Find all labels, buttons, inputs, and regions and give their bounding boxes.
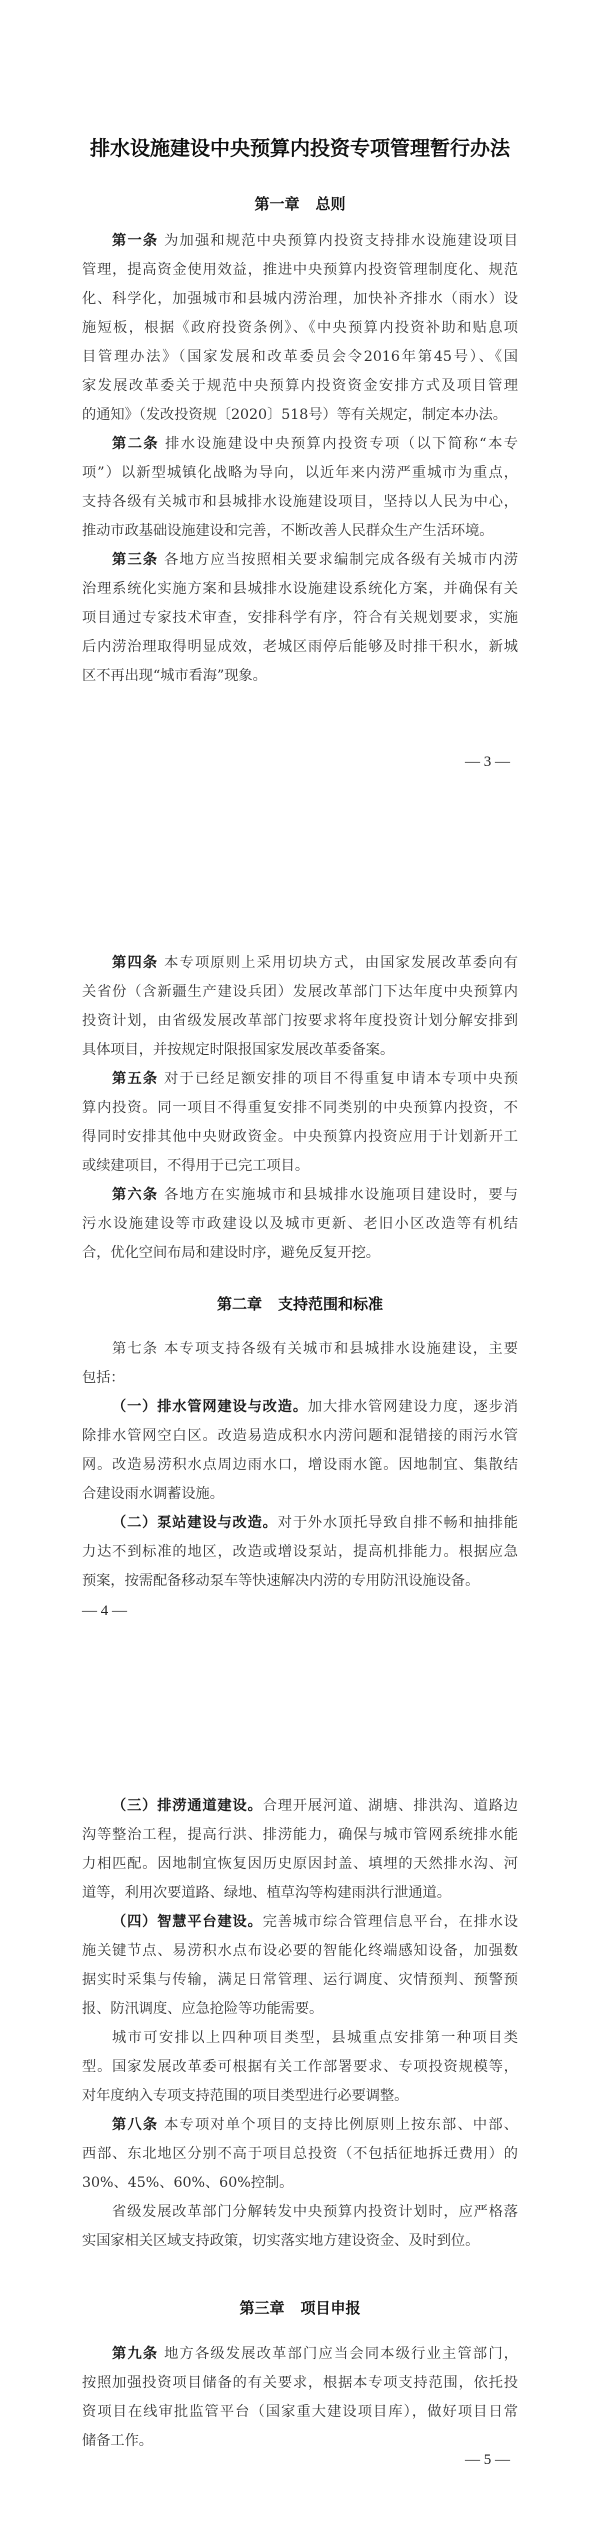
- article-7-line: 第七条 本专项支持各级有关城市和县城排水设施建设，主要: [112, 1338, 518, 1360]
- item-3-line: 力相匹配。因地制宜恢复因历史原因封盖、填埋的天然排水沟、河: [82, 1853, 518, 1875]
- article-3-line: 后内涝治理取得明显成效，老城区雨停后能够及时排干积水，新城: [82, 636, 518, 658]
- item-2-line: （二）泵站建设与改造。对于外水顶托导致自排不畅和抽排能: [112, 1512, 518, 1534]
- text: 各地方应当按照相关要求编制完成各级有关城市内涝: [164, 552, 518, 568]
- article-9-line: 储备工作。: [82, 2430, 518, 2452]
- article-1-line: 化、科学化，加强城市和县城内涝治理，加快补齐排水（雨水）设: [82, 288, 518, 310]
- paragraph-line: 实国家相关区域支持政策，切实落实地方建设资金、及时到位。: [82, 2230, 518, 2252]
- text: 对于已经足额安排的项目不得重复申请本专项中央预: [164, 1071, 518, 1087]
- page-number: — 4 —: [82, 1603, 127, 1620]
- article-3-line: 第三条 各地方应当按照相关要求编制完成各级有关城市内涝: [112, 549, 518, 571]
- text: 各地方在实施城市和县城排水设施项目建设时，要与: [164, 1187, 518, 1203]
- article-lead: 第四条: [112, 955, 158, 971]
- page-number: — 5 —: [465, 2452, 510, 2469]
- article-9-line: 按照加强投资项目储备的有关要求，根据本专项支持范围，依托投: [82, 2372, 518, 2394]
- item-4-line: 施关键节点、易涝积水点布设必要的智能化终端感知设备，加强数: [82, 1940, 518, 1962]
- text: 为加强和规范中央预算内投资支持排水设施建设项目: [164, 233, 518, 249]
- article-4-line: 关省份（含新疆生产建设兵团）发展改革部门下达年度中央预算内: [82, 981, 518, 1003]
- item-2-line: 预案，按需配备移动泵车等快速解决内涝的专用防汛设施设备。: [82, 1570, 518, 1592]
- text: 本专项原则上采用切块方式，由国家发展改革委向有: [164, 955, 518, 971]
- page-number: — 3 —: [465, 754, 510, 771]
- document-title: 排水设施建设中央预算内投资专项管理暂行办法: [0, 132, 600, 161]
- article-1-line: 的通知》（发改投资规〔2020〕518号）等有关规定，制定本办法。: [82, 404, 518, 426]
- paragraph-line: 省级发展改革部门分解转发中央预算内投资计划时，应严格落: [112, 2201, 518, 2223]
- item-lead: （四）智慧平台建设。: [112, 1914, 263, 1930]
- item-4-line: 据实时采集与传输，满足日常管理、运行调度、灾情预判、预警预: [82, 1969, 518, 1991]
- article-9-line: 第九条 地方各级发展改革部门应当会同本级行业主管部门，: [112, 2343, 518, 2365]
- article-lead: 第三条: [112, 552, 158, 568]
- chapter-label: 第一章: [254, 195, 299, 213]
- paragraph-line: 城市可安排以上四种项目类型，县城重点安排第一种项目类: [112, 2027, 518, 2049]
- article-7-line: 包括：: [82, 1367, 518, 1389]
- article-5-line: 或续建项目，不得用于已完工项目。: [82, 1155, 518, 1177]
- item-1-line: 除排水管网空白区。改造易造成积水内涝问题和混错接的雨污水管: [82, 1425, 518, 1447]
- article-5-line: 得同时安排其他中央财政资金。中央预算内投资应用于计划新开工: [82, 1126, 518, 1148]
- article-9-line: 资项目在线审批监管平台（国家重大建设项目库），做好项目日常: [82, 2401, 518, 2423]
- article-4-line: 投资计划，由省级发展改革部门按要求将年度投资计划分解安排到: [82, 1010, 518, 1032]
- article-3-line: 项目通过专家技术审查，安排科学有序，符合有关规划要求，实施: [82, 607, 518, 629]
- item-lead: （二）泵站建设与改造。: [112, 1515, 278, 1531]
- chapter-1-heading: 第一章总则: [0, 193, 600, 214]
- item-1-line: 网。改造易涝积水点周边雨水口，增设雨水篦。因地制宜、集散结: [82, 1454, 518, 1476]
- item-4-line: 报、防汛调度、应急抢险等功能需要。: [82, 1998, 518, 2020]
- item-lead: （一）排水管网建设与改造。: [112, 1399, 308, 1415]
- item-2-line: 力达不到标准的地区，改造或增设泵站，提高机排能力。根据应急: [82, 1541, 518, 1563]
- paragraph-line: 对年度纳入专项支持范围的项目类型进行必要调整。: [82, 2085, 518, 2107]
- chapter-label: 第二章: [217, 1295, 262, 1313]
- article-lead: 第八条: [112, 2117, 158, 2133]
- chapter-2-heading: 第二章支持范围和标准: [0, 1293, 600, 1314]
- article-1-line: 管理，提高资金使用效益，推进中央预算内投资管理制度化、规范: [82, 259, 518, 281]
- item-3-line: 道等，利用次要道路、绿地、植草沟等构建雨洪行泄通道。: [82, 1882, 518, 1904]
- chapter-name: 总则: [316, 195, 346, 213]
- article-lead: 第七条: [112, 1341, 158, 1357]
- chapter-name: 项目申报: [301, 2299, 361, 2317]
- article-6-line: 第六条 各地方在实施城市和县城排水设施项目建设时，要与: [112, 1184, 518, 1206]
- chapter-3-heading: 第三章项目申报: [0, 2297, 600, 2318]
- item-1-line: （一）排水管网建设与改造。加大排水管网建设力度，逐步消: [112, 1396, 518, 1418]
- article-4-line: 具体项目，并按规定时限报国家发展改革委备案。: [82, 1039, 518, 1061]
- article-2-line: 支持各级有关城市和县城排水设施建设项目，坚持以人民为中心，: [82, 491, 518, 513]
- article-8-line: 30%、45%、60%、60%控制。: [82, 2172, 518, 2194]
- article-2-line: 项”）以新型城镇化战略为导向，以近年来内涝严重城市为重点，: [82, 462, 518, 484]
- article-lead: 第五条: [112, 1071, 158, 1087]
- article-lead: 第六条: [112, 1187, 158, 1203]
- article-6-line: 合，优化空间布局和建设时序，避免反复开挖。: [82, 1242, 518, 1264]
- item-lead: （三）排涝通道建设。: [112, 1798, 263, 1814]
- article-2-line: 第二条 排水设施建设中央预算内投资专项（以下简称“本专: [112, 433, 518, 455]
- item-3-line: 沟等整治工程，提高行洪、排涝能力，确保与城市管网系统排水能: [82, 1824, 518, 1846]
- article-lead: 第一条: [112, 233, 158, 249]
- article-5-line: 算内投资。同一项目不得重复安排不同类别的中央预算内投资，不: [82, 1097, 518, 1119]
- article-1-line: 施短板，根据《政府投资条例》、《中央预算内投资补助和贴息项: [82, 317, 518, 339]
- article-3-line: 区不再出现“城市看海”现象。: [82, 665, 518, 687]
- article-lead: 第九条: [112, 2346, 158, 2362]
- item-3-line: （三）排涝通道建设。合理开展河道、湖塘、排洪沟、道路边: [112, 1795, 518, 1817]
- text: 加大排水管网建设力度，逐步消: [308, 1399, 518, 1415]
- article-3-line: 治理系统化实施方案和县城排水设施建设系统化方案，并确保有关: [82, 578, 518, 600]
- article-6-line: 污水设施建设等市政建设以及城市更新、老旧小区改造等有机结: [82, 1213, 518, 1235]
- article-8-line: 第八条 本专项对单个项目的支持比例原则上按东部、中部、: [112, 2114, 518, 2136]
- text: 地方各级发展改革部门应当会同本级行业主管部门，: [164, 2346, 518, 2362]
- article-1-line: 家发展改革委关于规范中央预算内投资资金安排方式及项目管理: [82, 375, 518, 397]
- chapter-name: 支持范围和标准: [278, 1295, 383, 1313]
- article-1-line: 第一条 为加强和规范中央预算内投资支持排水设施建设项目: [112, 230, 518, 252]
- article-5-line: 第五条 对于已经足额安排的项目不得重复申请本专项中央预: [112, 1068, 518, 1090]
- article-2-line: 推动市政基础设施建设和完善，不断改善人民群众生产生活环境。: [82, 520, 518, 542]
- text: 本专项支持各级有关城市和县城排水设施建设，主要: [164, 1341, 518, 1357]
- item-4-line: （四）智慧平台建设。完善城市综合管理信息平台，在排水设: [112, 1911, 518, 1933]
- article-4-line: 第四条 本专项原则上采用切块方式，由国家发展改革委向有: [112, 952, 518, 974]
- text: 对于外水顶托导致自排不畅和抽排能: [278, 1515, 518, 1531]
- item-1-line: 合建设雨水调蓄设施。: [82, 1483, 518, 1505]
- text: 完善城市综合管理信息平台，在排水设: [263, 1914, 518, 1930]
- article-lead: 第二条: [112, 436, 159, 452]
- article-8-line: 西部、东北地区分别不高于项目总投资（不包括征地拆迁费用）的: [82, 2143, 518, 2165]
- paragraph-line: 型。国家发展改革委可根据有关工作部署要求、专项投资规模等，: [82, 2056, 518, 2078]
- article-1-line: 目管理办法》（国家发展和改革委员会令2016年第45号）、《国: [82, 346, 518, 368]
- text: 合理开展河道、湖塘、排洪沟、道路边: [263, 1798, 518, 1814]
- text: 本专项对单个项目的支持比例原则上按东部、中部、: [164, 2117, 518, 2133]
- text: 排水设施建设中央预算内投资专项（以下简称“本专: [165, 436, 518, 452]
- chapter-label: 第三章: [239, 2299, 284, 2317]
